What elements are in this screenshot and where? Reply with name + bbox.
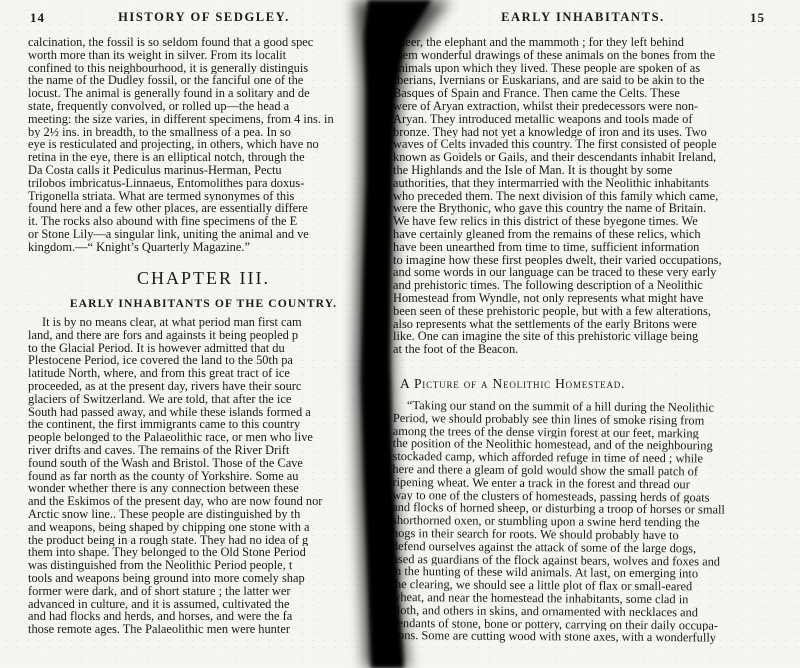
text-line: to imagine how these first peoples dwelt…	[393, 254, 770, 267]
text-line: them into shape. They belonged to the Ol…	[28, 546, 379, 559]
text-line: retina in the eye, there is an elliptica…	[28, 151, 379, 164]
text-line: trilobos imbricatus-Linnaeus, Entomolith…	[28, 177, 379, 190]
text-line: tools and weapons being ground into more…	[28, 572, 379, 585]
text-line: Iberians, Ivernians or Euskarians, and a…	[393, 74, 770, 87]
text-line: Aryan. They introduced metallic weapons …	[393, 113, 770, 126]
text-line: Arctic snow line.. These people are dist…	[28, 508, 379, 521]
text-line: like. One can imagine the site of this p…	[393, 330, 770, 343]
text-line: meeting: the size varies, in different s…	[28, 113, 379, 126]
text-line: the Highlands and the Isle of Man. It is…	[393, 164, 770, 177]
text-line: were of Aryan extraction, whilst their p…	[393, 100, 770, 113]
text-line: have been unearthed from time to time, s…	[393, 241, 770, 254]
text-line: kingdom.—“ Knight’s Quarterly Magazine.”	[28, 241, 379, 254]
text-line: authorities, that they intermarried with…	[393, 177, 770, 190]
text-line: proceeded, as at the present day, rivers…	[28, 380, 379, 393]
text-line: and prehistoric times. The following des…	[393, 279, 770, 292]
right-page: EARLY INHABITANTS. 15 ndeer, the elephan…	[390, 0, 800, 668]
text-line: advanced in culture, and it is assumed, …	[28, 598, 379, 611]
text-line: been seen of these prehistoric people, b…	[393, 305, 770, 318]
text-line: at the foot of the Beacon.	[393, 343, 770, 356]
text-line: former were dark, and of short stature ;…	[28, 585, 379, 598]
text-line: the product being in a rough state. They…	[28, 534, 379, 547]
text-line: calcination, the fossil is so seldom fou…	[28, 36, 379, 49]
text-line: It is by no means clear, at what period …	[28, 316, 379, 329]
text-line: known as Goidels or Gails, and their des…	[393, 151, 770, 164]
text-line: and the Eskimos of the present day, who …	[28, 495, 379, 508]
right-header-title: EARLY INHABITANTS.	[393, 10, 773, 25]
text-line: and weapons, being shaped by chipping on…	[28, 521, 379, 534]
text-line: by 2½ ins. in breadth, to the smallness …	[28, 126, 379, 139]
text-line: found as far north as the county of York…	[28, 470, 379, 483]
text-line: it. The rocks also abound with fine spec…	[28, 215, 379, 228]
left-header-title: HISTORY OF SEDGLEY.	[28, 10, 380, 25]
text-line: them wonderful drawings of these animals…	[393, 49, 770, 62]
text-line: waves of Celts invaded this country. The…	[393, 138, 770, 151]
text-line: and some words in our language can be tr…	[393, 266, 770, 279]
text-line: South had passed away, and while these i…	[28, 406, 379, 419]
text-line: also represents what the settlements of …	[393, 318, 770, 331]
right-paragraph-2: “Taking our stand on the summit of a hil…	[391, 399, 770, 645]
text-line: Da Costa calls it Pediculus marinus-Herm…	[28, 164, 379, 177]
text-line: was distinguished from the Neolithic Per…	[28, 559, 379, 572]
text-line: tions. Some are cutting wood with stone …	[391, 629, 768, 645]
chapter-subheading: EARLY INHABITANTS OF THE COUNTRY.	[28, 297, 379, 310]
text-line: eye is resticulated and projecting, in o…	[28, 138, 379, 151]
text-line: were the Brythonic, who gave this countr…	[393, 202, 770, 215]
text-line: found here and a few other places, are e…	[28, 202, 379, 215]
text-line: animals upon which they lived. These peo…	[393, 62, 770, 75]
text-line: Trigonella striata. What are termed syno…	[28, 190, 379, 203]
text-line: ndeer, the elephant and the mammoth ; fo…	[393, 36, 770, 49]
text-line: confined to this neighbourhood, it is ge…	[28, 62, 379, 75]
text-line: worth more than its weight in silver. Fr…	[28, 49, 379, 62]
left-paragraph-1: calcination, the fossil is so seldom fou…	[28, 36, 379, 254]
left-page-number: 14	[30, 10, 45, 26]
text-line: found south of the Wash and Bristol. Tho…	[28, 457, 379, 470]
right-running-header: EARLY INHABITANTS. 15	[393, 10, 773, 26]
text-line: bronze. They had not yet a knowledge of …	[393, 126, 770, 139]
text-line: to the Glacial Period. It is however adm…	[28, 342, 379, 355]
text-line: land, and there are fors and againsts it…	[28, 329, 379, 342]
right-paragraph-1: ndeer, the elephant and the mammoth ; fo…	[393, 36, 770, 356]
left-paragraph-2: It is by no means clear, at what period …	[28, 316, 379, 636]
text-line: wonder whether there is any connection b…	[28, 482, 379, 495]
text-line: glaciers of Switzerland. We are told, th…	[28, 393, 379, 406]
text-line: Homestead from Wyndle, not only represen…	[393, 292, 770, 305]
text-line: river drifts and caves. The remains of t…	[28, 444, 379, 457]
text-line: who preceded them. The next division of …	[393, 190, 770, 203]
text-line: We have few relics in this district of t…	[393, 215, 770, 228]
section-heading: A Picture of a Neolithic Homestead.	[400, 376, 770, 392]
text-line: locust. The animal is generally found in…	[28, 87, 379, 100]
text-line: people belonged to the Palaeolithic race…	[28, 431, 379, 444]
left-page: 14 HISTORY OF SEDGLEY. calcination, the …	[0, 0, 400, 668]
text-line: latitude North, where, and from this gre…	[28, 367, 379, 380]
chapter-heading: CHAPTER III.	[28, 268, 379, 289]
text-line: or Stone Lily—a singular link, uniting t…	[28, 228, 379, 241]
text-line: have certainly gleaned from the remains …	[393, 228, 770, 241]
text-line: and had flocks and herds, and horses, an…	[28, 610, 379, 623]
text-line: Basques of Spain and France. Then came t…	[393, 87, 770, 100]
text-line: the continent, the first immigrants came…	[28, 418, 379, 431]
text-line: those remote ages. The Palaeolithic men …	[28, 623, 379, 636]
right-page-number: 15	[750, 10, 765, 26]
text-line: Plestocene Period, ice covered the land …	[28, 354, 379, 367]
text-line: the name of the Dudley fossil, or the fa…	[28, 74, 379, 87]
text-line: state, frequently convolved, or rolled u…	[28, 100, 379, 113]
left-running-header: 14 HISTORY OF SEDGLEY.	[28, 10, 380, 26]
